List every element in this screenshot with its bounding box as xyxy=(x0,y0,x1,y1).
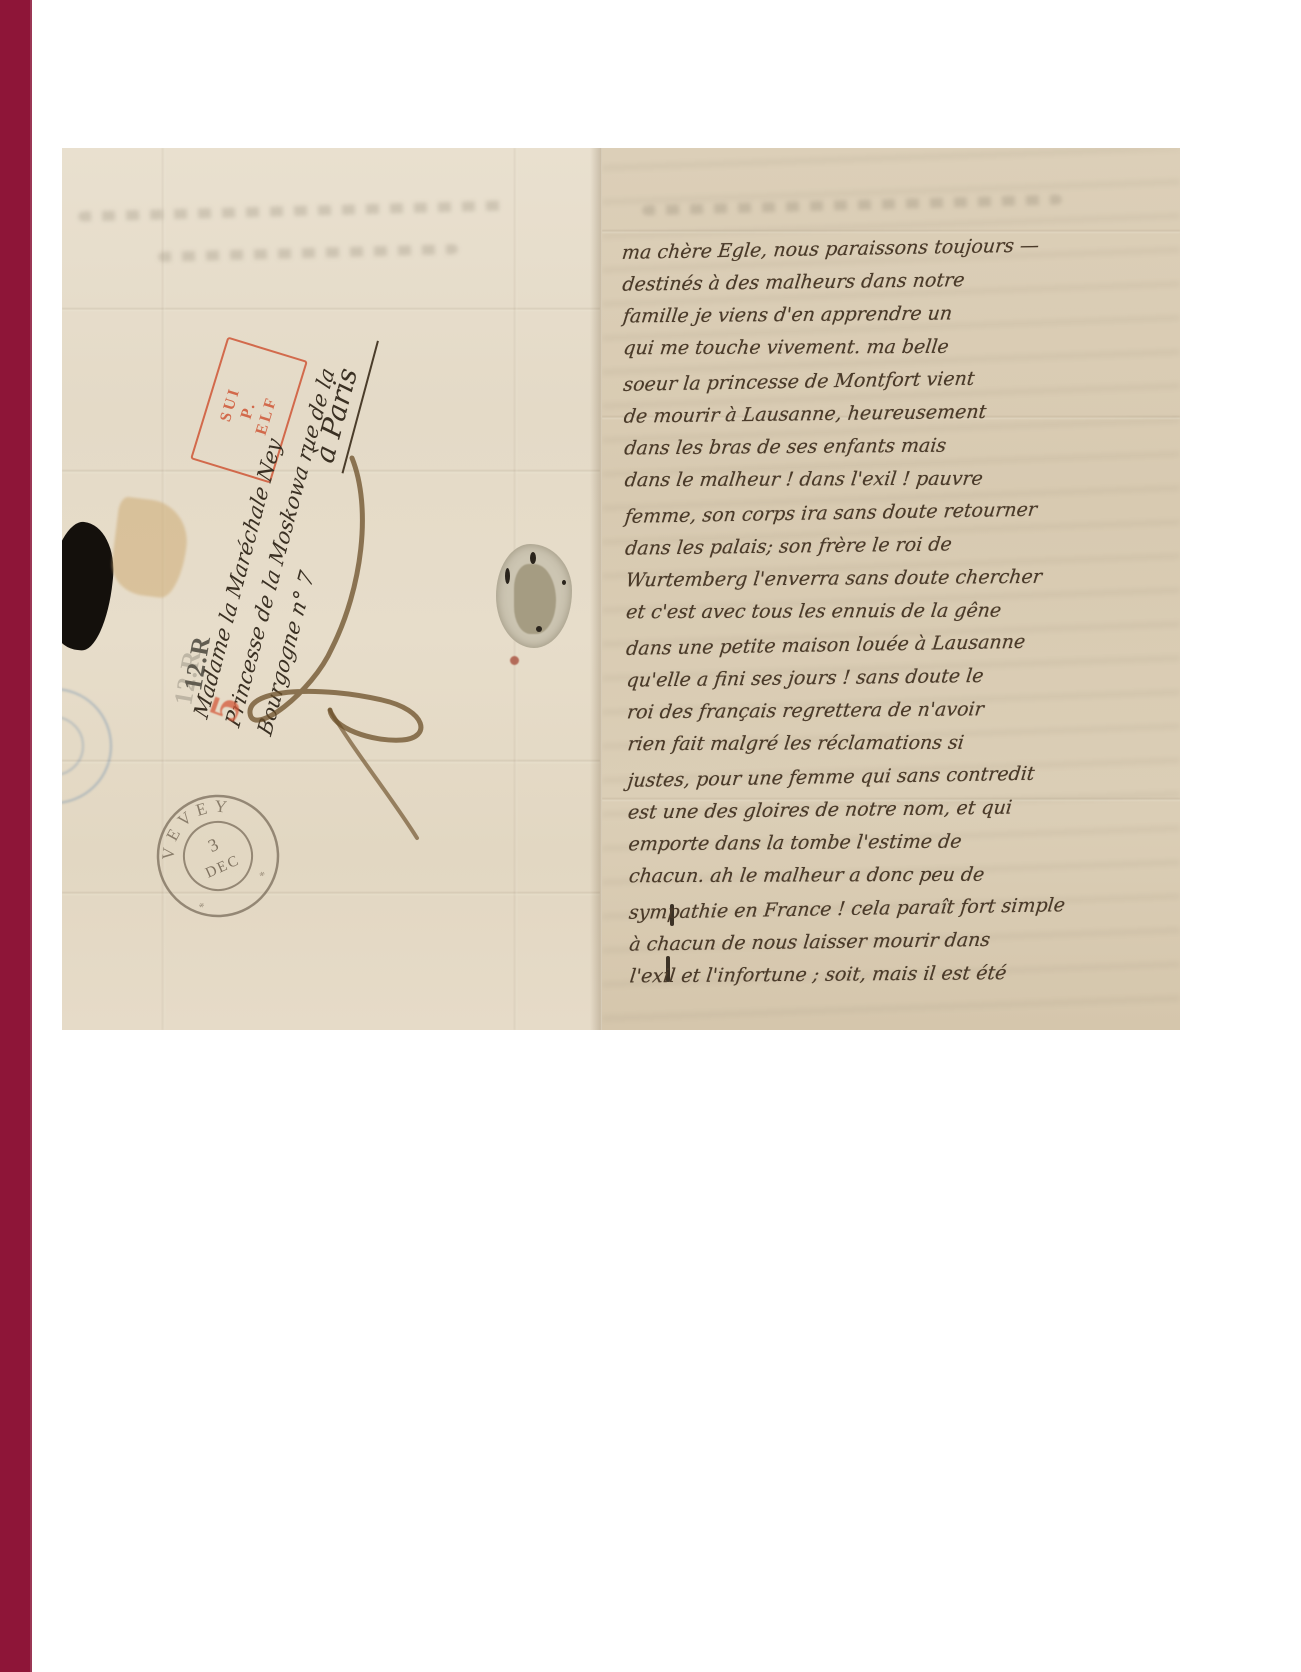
ink-speck xyxy=(505,568,510,584)
wax-seal-blob xyxy=(62,519,119,653)
handwriting-line: roi des français regrettera de n'avoir xyxy=(625,692,1180,730)
seal-tear-inner xyxy=(514,564,556,634)
bleedthrough-writing xyxy=(78,200,508,221)
letter-left-page: SUI P. ELF Madame la Maréchale Ney Princ… xyxy=(62,148,600,1030)
bleedthrough-writing xyxy=(158,244,458,262)
datestamp-month: DEC xyxy=(203,852,242,881)
fold-crease xyxy=(62,308,600,311)
fold-crease xyxy=(62,892,600,895)
ink-speck xyxy=(530,552,536,564)
handwriting-line: emporte dans la tombe l'estime de xyxy=(627,824,1180,862)
handwriting-line: dans les bras de ses enfants mais xyxy=(622,428,1178,466)
blue-transit-postmark xyxy=(62,688,112,804)
page-root: { "page": { "background_color": "#ffffff… xyxy=(0,0,1301,1672)
accent-bar xyxy=(0,0,32,1672)
bleedthrough-writing xyxy=(642,195,1062,216)
ink-speck xyxy=(536,626,542,632)
ink-speck xyxy=(562,580,566,585)
red-wax-dot xyxy=(510,656,519,665)
letter-body-lines: ma chère Egle, nous paraissons toujours … xyxy=(622,229,1180,994)
datestamp-star: * xyxy=(257,868,268,883)
datestamp-svg: VEVEY 3 DEC * * xyxy=(131,769,305,943)
handwriting-line: famille je viens d'en apprendre un xyxy=(621,296,1177,334)
letter-photograph: SUI P. ELF Madame la Maréchale Ney Princ… xyxy=(62,148,1180,1030)
letter-right-page: ma chère Egle, nous paraissons toujours … xyxy=(602,148,1180,1030)
fold-crease xyxy=(62,760,600,763)
datestamp-day: 3 xyxy=(205,834,221,856)
circular-datestamp: VEVEY 3 DEC * * xyxy=(131,769,305,943)
handwriting-line: Wurtemberg l'enverra sans doute chercher xyxy=(624,560,1180,598)
handwriting-line: l'exil et l'infortune ; soit, mais il es… xyxy=(628,956,1180,994)
paper-stain xyxy=(108,496,191,600)
